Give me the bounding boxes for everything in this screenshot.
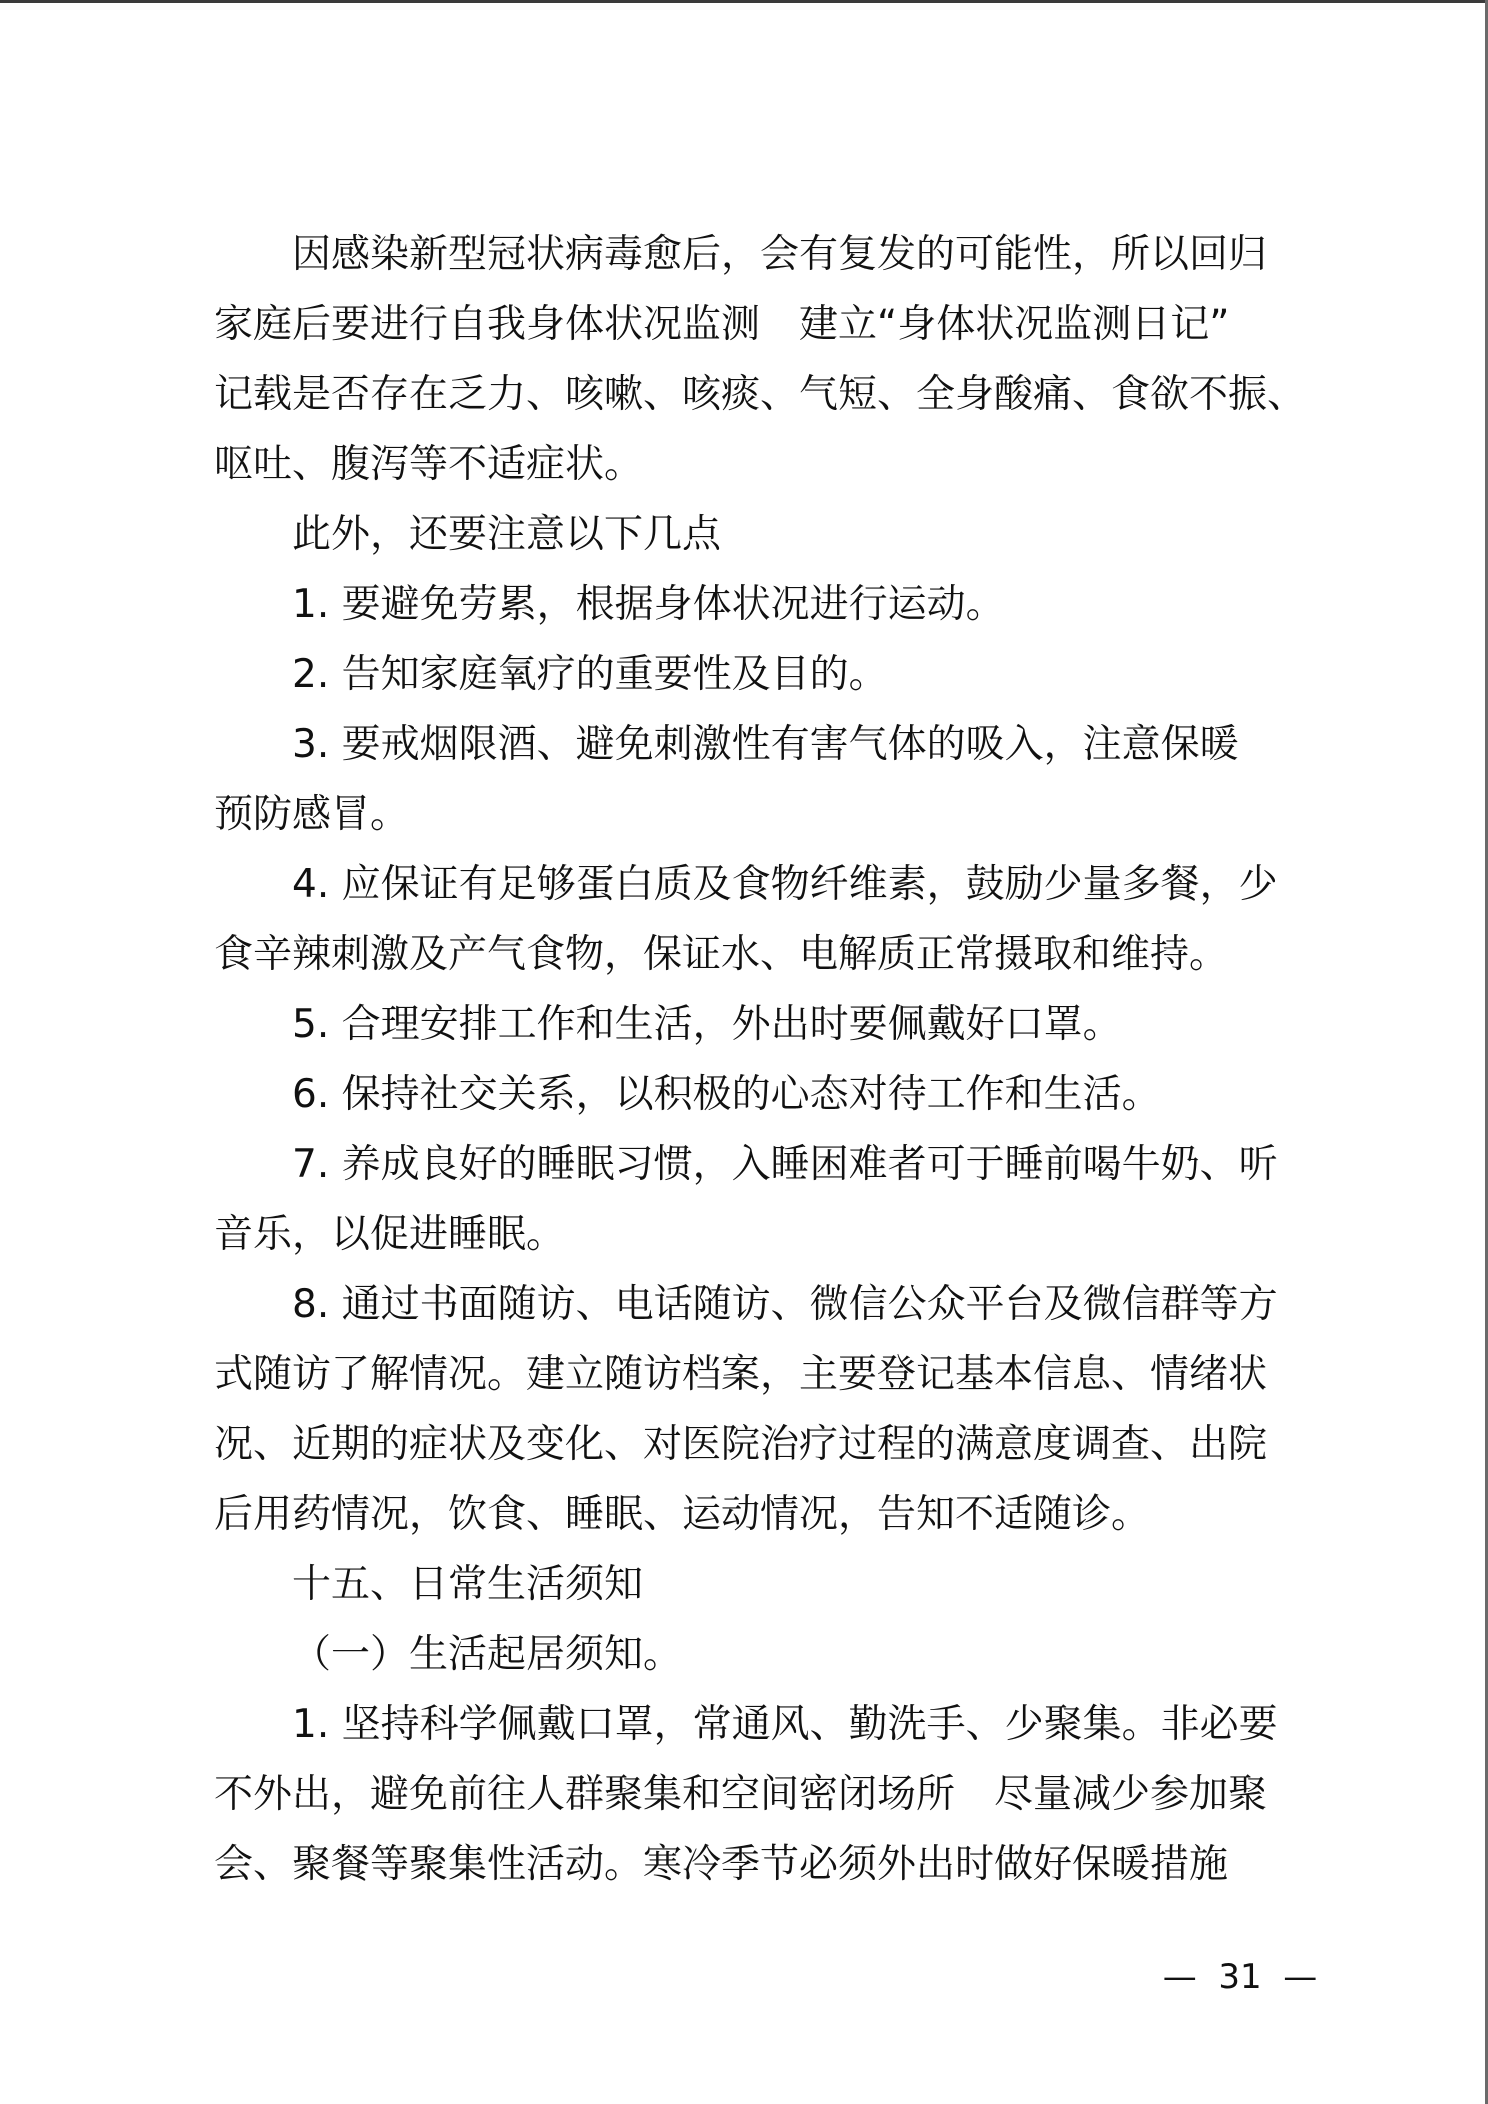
list-item-line: 食辛辣刺激及产气食物，保证水、电解质正常摄取和维持。 — [214, 922, 1314, 992]
paragraph-line: 此外，还要注意以下几点 — [214, 502, 1314, 572]
subsection-heading: （一）生活起居须知。 — [214, 1622, 1314, 1692]
list-item-line: 不外出，避免前往人群聚集和空间密闭场所 尽量减少参加聚 — [214, 1762, 1314, 1832]
list-item-line: 后用药情况，饮食、睡眠、运动情况，告知不适随诊。 — [214, 1482, 1314, 1552]
paragraph-line: 记载是否存在乏力、咳嗽、咳痰、气短、全身酸痛、食欲不振、 — [214, 362, 1314, 432]
paragraph-line: 因感染新型冠状病毒愈后，会有复发的可能性，所以回归 — [214, 222, 1314, 292]
paragraph-line: 呕吐、腹泻等不适症状。 — [214, 432, 1314, 502]
list-item-line: 音乐，以促进睡眠。 — [214, 1202, 1314, 1272]
list-item-line: 2. 告知家庭氧疗的重要性及目的。 — [214, 642, 1314, 712]
page-number: — 31 — — [1160, 1952, 1320, 2002]
list-item-line: 式随访了解情况。建立随访档案，主要登记基本信息、情绪状 — [214, 1342, 1314, 1412]
list-item-line: 4. 应保证有足够蛋白质及食物纤维素，鼓励少量多餐，少 — [214, 852, 1314, 922]
list-item-line: 7. 养成良好的睡眠习惯，入睡困难者可于睡前喝牛奶、听 — [214, 1132, 1314, 1202]
paragraph-line: 家庭后要进行自我身体状况监测 建立“身体状况监测日记” — [214, 292, 1314, 362]
list-item-line: 况、近期的症状及变化、对医院治疗过程的满意度调查、出院 — [214, 1412, 1314, 1482]
list-item-line: 5. 合理安排工作和生活，外出时要佩戴好口罩。 — [214, 992, 1314, 1062]
section-heading: 十五、日常生活须知 — [214, 1552, 1314, 1622]
list-item-line: 8. 通过书面随访、电话随访、微信公众平台及微信群等方 — [214, 1272, 1314, 1342]
list-item-line: 3. 要戒烟限酒、避免刺激性有害气体的吸入，注意保暖 — [214, 712, 1314, 782]
list-item-line: 1. 要避免劳累，根据身体状况进行运动。 — [214, 572, 1314, 642]
page-top-border — [0, 0, 1488, 3]
document-body: 因感染新型冠状病毒愈后，会有复发的可能性，所以回归 家庭后要进行自我身体状况监测… — [214, 222, 1314, 1902]
list-item-line: 会、聚餐等聚集性活动。寒冷季节必须外出时做好保暖措施 — [214, 1832, 1314, 1902]
list-item-line: 1. 坚持科学佩戴口罩，常通风、勤洗手、少聚集。非必要 — [214, 1692, 1314, 1762]
list-item-line: 预防感冒。 — [214, 782, 1314, 852]
list-item-line: 6. 保持社交关系，以积极的心态对待工作和生活。 — [214, 1062, 1314, 1132]
